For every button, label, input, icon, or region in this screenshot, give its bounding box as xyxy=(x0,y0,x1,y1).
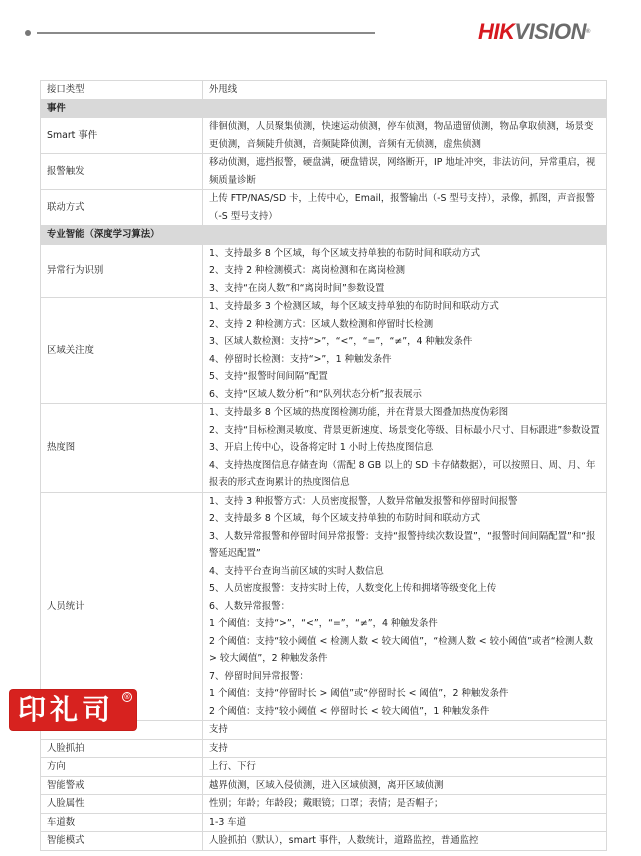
spec-value-line: 1 个阈值：支持“>”，“<”，“=”，“≠”，4 种触发条件 xyxy=(209,615,600,633)
section-header-row: 事件 xyxy=(41,99,607,118)
spec-value-line: 越界侦测，区域入侵侦测，进入区域侦测，离开区域侦测 xyxy=(209,777,600,795)
table-row: 人脸属性性别；年龄；年龄段；戴眼镜；口罩；表情；是否帽子； xyxy=(41,795,607,814)
spec-value-line: 2 个阈值：支持“较小阈值 < 检测人数 < 较大阈值”，“检测人数 < 较小阈… xyxy=(209,633,600,668)
spec-value-line: 1-3 车道 xyxy=(209,814,600,832)
spec-value: 上传 FTP/NAS/SD 卡，上传中心，Email，报警输出（-S 型号支持）… xyxy=(203,190,607,226)
spec-value-line: 移动侦测，遮挡报警，硬盘满，硬盘错误，网络断开，IP 地址冲突，非法访问，异常重… xyxy=(209,154,600,189)
section-title: 事件 xyxy=(41,99,607,118)
page-header: HIKVISION® xyxy=(0,0,641,60)
spec-key: 人员统计 xyxy=(41,492,203,721)
table-row: 人员统计1、支持 3 种报警方式：人员密度报警，人数异常触发报警和停留时间报警2… xyxy=(41,492,607,721)
spec-value-line: 1、支持 3 种报警方式：人员密度报警，人数异常触发报警和停留时间报警 xyxy=(209,493,600,511)
table-row: 智能警戒越界侦测，区域入侵侦测，进入区域侦测，离开区域侦测 xyxy=(41,776,607,795)
spec-key: 人脸抓拍 xyxy=(41,739,203,758)
spec-key: 智能警戒 xyxy=(41,776,203,795)
spec-table: 接口类型外甩线事件Smart 事件徘徊侦测，人员聚集侦测，快速运动侦测，停车侦测… xyxy=(40,80,607,851)
spec-value-line: 2、支持最多 8 个区域，每个区域支持单独的布防时间和联动方式 xyxy=(209,510,600,528)
spec-value: 1、支持最多 3 个检测区域，每个区域支持单独的布防时间和联动方式2、支持 2 … xyxy=(203,298,607,404)
stamp-registered-mark: ® xyxy=(122,692,132,702)
spec-value-line: 6、支持“区域人数分析”和“队列状态分析”报表展示 xyxy=(209,386,600,404)
spec-value-line: 性别；年龄；年龄段；戴眼镜；口罩；表情；是否帽子； xyxy=(209,795,600,813)
table-row: 区域关注度1、支持最多 3 个检测区域，每个区域支持单独的布防时间和联动方式2、… xyxy=(41,298,607,404)
spec-value-line: 3、支持“在岗人数”和“离岗时间”参数设置 xyxy=(209,280,600,298)
spec-value: 外甩线 xyxy=(203,81,607,100)
spec-value-line: 外甩线 xyxy=(209,81,600,99)
table-row: 车道数1-3 车道 xyxy=(41,813,607,832)
table-row: 接口类型外甩线 xyxy=(41,81,607,100)
spec-table-body: 接口类型外甩线事件Smart 事件徘徊侦测，人员聚集侦测，快速运动侦测，停车侦测… xyxy=(41,81,607,851)
spec-key: 接口类型 xyxy=(41,81,203,100)
table-row: 方向上行、下行 xyxy=(41,758,607,777)
spec-key: 联动方式 xyxy=(41,190,203,226)
spec-value-line: 1、支持最多 8 个区域，每个区域支持单独的布防时间和联动方式 xyxy=(209,245,600,263)
hikvision-logo: HIKVISION® xyxy=(478,19,590,45)
spec-value: 移动侦测，遮挡报警，硬盘满，硬盘错误，网络断开，IP 地址冲突，非法访问，异常重… xyxy=(203,154,607,190)
table-row: 报警触发移动侦测，遮挡报警，硬盘满，硬盘错误，网络断开，IP 地址冲突，非法访问… xyxy=(41,154,607,190)
section-title: 专业智能（深度学习算法） xyxy=(41,226,607,245)
spec-value-line: 4、停留时长检测：支持“>”，1 种触发条件 xyxy=(209,351,600,369)
table-row: 联动方式上传 FTP/NAS/SD 卡，上传中心，Email，报警输出（-S 型… xyxy=(41,190,607,226)
spec-value-line: 1 个阈值：支持“停留时长 > 阈值”或“停留时长 < 阈值”，2 种触发条件 xyxy=(209,685,600,703)
registered-mark: ® xyxy=(586,29,590,35)
spec-value: 1、支持最多 8 个区域的热度图检测功能，并在背景大图叠加热度伪彩图2、支持“目… xyxy=(203,404,607,493)
spec-value-line: 5、人员密度报警：支持实时上传，人数变化上传和拥堵等级变化上传 xyxy=(209,580,600,598)
bullet-dot-icon xyxy=(25,30,31,36)
spec-value-line: 上行、下行 xyxy=(209,758,600,776)
spec-value-line: 3、开启上传中心，设备将定时 1 小时上传热度图信息 xyxy=(209,439,600,457)
spec-value: 人脸抓拍（默认），smart 事件，人数统计，道路监控，普通监控 xyxy=(203,832,607,851)
spec-key: 异常行为识别 xyxy=(41,244,203,298)
spec-value-line: 支持 xyxy=(209,740,600,758)
spec-value-line: 徘徊侦测，人员聚集侦测，快速运动侦测，停车侦测，物品遗留侦测，物品拿取侦测，场景… xyxy=(209,118,600,153)
spec-key: 热度图 xyxy=(41,404,203,493)
spec-value-line: 3、区域人数检测：支持“>”，“<”，“=”，“≠”，4 种触发条件 xyxy=(209,333,600,351)
spec-value: 性别；年龄；年龄段；戴眼镜；口罩；表情；是否帽子； xyxy=(203,795,607,814)
spec-value-line: 1、支持最多 3 个检测区域，每个区域支持单独的布防时间和联动方式 xyxy=(209,298,600,316)
spec-value: 1、支持 3 种报警方式：人员密度报警，人数异常触发报警和停留时间报警2、支持最… xyxy=(203,492,607,721)
spec-key: 人脸属性 xyxy=(41,795,203,814)
section-header-row: 专业智能（深度学习算法） xyxy=(41,226,607,245)
spec-value-line: 2、支持“目标检测灵敏度、背景更新速度、场景变化等级、目标最小尺寸、目标跟进”参… xyxy=(209,422,600,440)
table-row: 热度图1、支持最多 8 个区域的热度图检测功能，并在背景大图叠加热度伪彩图2、支… xyxy=(41,404,607,493)
stamp-text: 印礼司 xyxy=(18,692,114,728)
spec-key: Smart 事件 xyxy=(41,118,203,154)
spec-value: 上行、下行 xyxy=(203,758,607,777)
spec-value-line: 7、停留时间异常报警： xyxy=(209,668,600,686)
spec-value: 支持 xyxy=(203,721,607,740)
spec-key: 报警触发 xyxy=(41,154,203,190)
spec-value-line: 5、支持“报警时间间隔”配置 xyxy=(209,368,600,386)
spec-value-line: 4、支持平台查询当前区域的实时人数信息 xyxy=(209,563,600,581)
spec-value-line: 人脸抓拍（默认），smart 事件，人数统计，道路监控，普通监控 xyxy=(209,832,600,850)
spec-value-line: 2、支持 2 种检测方式：区域人数检测和停留时长检测 xyxy=(209,316,600,334)
spec-value: 越界侦测，区域入侵侦测，进入区域侦测，离开区域侦测 xyxy=(203,776,607,795)
table-row: 智能模式人脸抓拍（默认），smart 事件，人数统计，道路监控，普通监控 xyxy=(41,832,607,851)
spec-value-line: 上传 FTP/NAS/SD 卡，上传中心，Email，报警输出（-S 型号支持）… xyxy=(209,190,600,225)
spec-value-line: 4、支持热度图信息存储查询（需配 8 GB 以上的 SD 卡存储数据），可以按照… xyxy=(209,457,600,492)
table-row: 异常行为识别1、支持最多 8 个区域，每个区域支持单独的布防时间和联动方式2、支… xyxy=(41,244,607,298)
spec-value: 徘徊侦测，人员聚集侦测，快速运动侦测，停车侦测，物品遗留侦测，物品拿取侦测，场景… xyxy=(203,118,607,154)
spec-value-line: 1、支持最多 8 个区域的热度图检测功能，并在背景大图叠加热度伪彩图 xyxy=(209,404,600,422)
spec-key: 车道数 xyxy=(41,813,203,832)
table-row: 人脸抓拍支持 xyxy=(41,739,607,758)
header-rule xyxy=(37,32,375,34)
spec-value-line: 3、人数异常报警和停留时间异常报警：支持“报警持续次数设置”，“报警时间间隔配置… xyxy=(209,528,600,563)
spec-value-line: 6、人数异常报警： xyxy=(209,598,600,616)
spec-key: 智能模式 xyxy=(41,832,203,851)
table-row: Smart 事件徘徊侦测，人员聚集侦测，快速运动侦测，停车侦测，物品遗留侦测，物… xyxy=(41,118,607,154)
spec-value-line: 支持 xyxy=(209,721,600,739)
spec-key: 方向 xyxy=(41,758,203,777)
spec-value-line: 2 个阈值：支持“较小阈值 < 停留时长 < 较大阈值”，1 种触发条件 xyxy=(209,703,600,721)
spec-value: 1、支持最多 8 个区域，每个区域支持单独的布防时间和联动方式2、支持 2 种检… xyxy=(203,244,607,298)
spec-value: 支持 xyxy=(203,739,607,758)
watermark-stamp: 印礼司 ® xyxy=(10,690,136,730)
logo-red-part: HIK xyxy=(478,19,514,44)
spec-value: 1-3 车道 xyxy=(203,813,607,832)
logo-gray-part: VISION xyxy=(514,19,586,44)
spec-key: 区域关注度 xyxy=(41,298,203,404)
spec-value-line: 2、支持 2 种检测模式：离岗检测和在离岗检测 xyxy=(209,262,600,280)
